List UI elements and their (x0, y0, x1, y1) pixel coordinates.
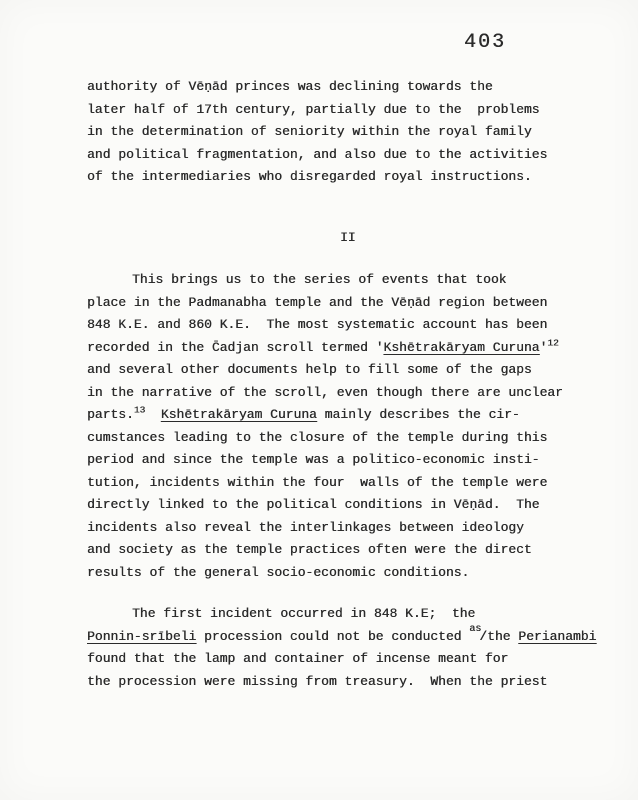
text-line: authority of Vēṇād princes was declining… (87, 76, 607, 99)
text-segment: procession could not be conducted (196, 629, 469, 644)
text-segment: and political fragmentation, and also du… (87, 147, 547, 162)
document-body: authority of Vēṇād princes was declining… (87, 76, 607, 693)
document-page: 403 authority of Vēṇād princes was decli… (0, 0, 638, 800)
footnote-reference: 13 (134, 405, 145, 416)
text-segment: found that the lamp and container of inc… (87, 651, 508, 666)
text-line: in the narrative of the scroll, even tho… (87, 382, 607, 405)
text-line: Ponnin-srībeli procession could not be c… (87, 626, 607, 649)
text-segment: cumstances leading to the closure of the… (87, 430, 547, 445)
text-segment (145, 407, 161, 422)
text-line: place in the Padmanabha temple and the V… (87, 292, 607, 315)
text-line: The first incident occurred in 848 K.E; … (87, 603, 607, 626)
underlined-term: Kshētrakāryam Curuna (161, 407, 317, 422)
text-line: directly linked to the political conditi… (87, 494, 607, 517)
paragraph: authority of Vēṇād princes was declining… (87, 76, 607, 189)
text-segment: in the narrative of the scroll, even tho… (87, 385, 563, 400)
text-segment: period and since the temple was a politi… (87, 452, 539, 467)
text-line: and political fragmentation, and also du… (87, 144, 607, 167)
paragraph: The first incident occurred in 848 K.E; … (87, 603, 607, 693)
text-line: recorded in the C̄adjan scroll termed 'K… (87, 337, 607, 360)
text-line: found that the lamp and container of inc… (87, 648, 607, 671)
text-line: 848 K.E. and 860 K.E. The most systemati… (87, 314, 607, 337)
page-number: 403 (464, 31, 506, 54)
text-segment: place in the Padmanabha temple and the V… (87, 295, 547, 310)
text-line: the procession were missing from treasur… (87, 671, 607, 694)
footnote-reference: 12 (547, 337, 558, 348)
text-segment: in the determination of seniority within… (87, 124, 532, 139)
text-segment: of the intermediaries who disregarded ro… (87, 169, 532, 184)
underlined-term: Perianambi (518, 629, 596, 644)
text-segment: tution, incidents within the four walls … (87, 475, 547, 490)
text-line: of the intermediaries who disregarded ro… (87, 166, 607, 189)
text-segment: incidents also reveal the interlinkages … (87, 520, 524, 535)
text-segment: recorded in the C̄adjan scroll termed ' (87, 340, 383, 355)
paragraph: This brings us to the series of events t… (87, 269, 607, 584)
text-segment: 848 K.E. and 860 K.E. The most systemati… (87, 317, 547, 332)
underlined-term: Kshētrakāryam Curuna (383, 340, 539, 355)
text-segment: the procession were missing from treasur… (87, 674, 547, 689)
text-segment: authority of Vēṇād princes was declining… (87, 79, 493, 94)
text-segment: /the (479, 629, 518, 644)
text-line: parts.13 Kshētrakāryam Curuna mainly des… (87, 404, 607, 427)
text-segment: and society as the temple practices ofte… (87, 542, 532, 557)
text-line: and society as the temple practices ofte… (87, 539, 607, 562)
text-segment: parts. (87, 407, 134, 422)
text-segment: mainly describes the cir- (317, 407, 520, 422)
text-line: incidents also reveal the interlinkages … (87, 517, 607, 540)
text-segment: later half of 17th century, partially du… (87, 102, 539, 117)
text-segment: results of the general socio-economic co… (87, 565, 469, 580)
text-line: and several other documents help to fill… (87, 359, 607, 382)
text-segment: The first incident occurred in 848 K.E; … (132, 606, 475, 621)
underlined-term: Ponnin-srībeli (87, 629, 196, 644)
text-segment: directly linked to the political conditi… (87, 497, 539, 512)
text-line: later half of 17th century, partially du… (87, 99, 607, 122)
text-line: tution, incidents within the four walls … (87, 472, 607, 495)
text-line: results of the general socio-economic co… (87, 562, 607, 585)
text-line: period and since the temple was a politi… (87, 449, 607, 472)
text-line: This brings us to the series of events t… (87, 269, 607, 292)
text-segment: and several other documents help to fill… (87, 362, 532, 377)
section-heading: II (340, 227, 607, 250)
text-line: cumstances leading to the closure of the… (87, 427, 607, 450)
text-segment: This brings us to the series of events t… (132, 272, 506, 287)
text-line: in the determination of seniority within… (87, 121, 607, 144)
